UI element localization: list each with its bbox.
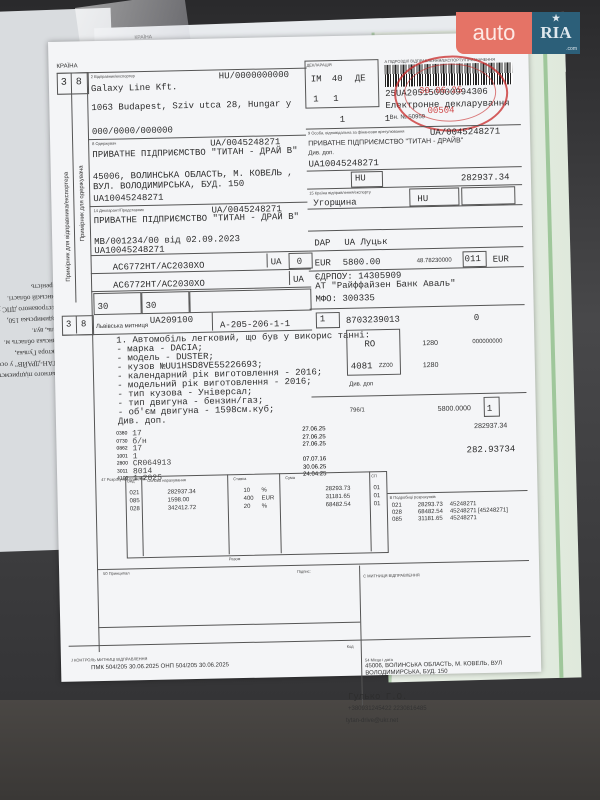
tax-cell: 028 (130, 506, 140, 512)
financial-id: UA10045248271 (309, 158, 379, 169)
tax-cell: 342412.72 (168, 505, 196, 512)
signer-email: tytan-drive@ukr.net (346, 718, 398, 724)
goods-location: А-205-206-1-1 (220, 319, 290, 330)
bank-name: АТ "Райффайзен Банк Аваль" (315, 279, 456, 292)
payment-cell: 45248271 (450, 501, 477, 508)
invoice-amount: 5800.00 (343, 257, 381, 268)
tax-cell: 01 (374, 501, 381, 507)
procedure-subcode: ZZ00 (379, 363, 393, 369)
tax-cell: % (262, 504, 267, 510)
inland-transport-mode: 30 (145, 301, 156, 311)
star-icon: ★ (552, 13, 560, 24)
payment-cell: 028 (392, 510, 402, 516)
tax-cell: 68482.54 (326, 502, 351, 509)
dispatch-code: HU (417, 194, 428, 204)
tax-cell: 10 (243, 488, 250, 494)
tax-header-type: Вид (127, 478, 134, 483)
previous-document: Див. доп (349, 381, 373, 388)
transaction-code: 011 (465, 254, 481, 264)
item-price: 5800.0000 (438, 405, 471, 413)
decl-type-1: ІМ (311, 74, 322, 84)
place-date-label: 54 Місце і дата (365, 657, 393, 663)
exchange-rate: 48.78230000 (417, 258, 452, 265)
bank-mfo: МФО: 300335 (315, 293, 375, 304)
tax-cell: 085 (130, 498, 140, 504)
tax-cell: 31181.65 (326, 494, 351, 501)
signer-name: Гулько Г.О. (348, 692, 407, 702)
country-label: КРАЇНА (56, 63, 77, 69)
green-stripe (542, 28, 563, 678)
tax-total-label: Разом (229, 556, 241, 561)
vertical-label-exporter: Примірник для відправника/експортера (64, 172, 72, 282)
taxes-label: 47 Розрахунок платежів (101, 476, 145, 482)
financial-label: 9 Особа, відповідальна за фінансове врег… (308, 129, 405, 136)
vertical-label-consignee: Примірник для одержувача (79, 165, 87, 241)
autoria-watermark: auto ★ RIA .com (456, 12, 580, 54)
watermark-auto: auto (456, 12, 532, 54)
exporter-label: 2 Відправник/експортер (91, 73, 135, 79)
border-transport-mode: 30 (97, 302, 108, 312)
transaction-currency: EUR (493, 254, 509, 264)
procedure-code: 4081 (351, 361, 373, 371)
origin-country: RO (364, 339, 375, 349)
copy-number-a-2: 3 (66, 320, 72, 330)
preference-code: 000000000 (472, 339, 502, 346)
consignee-label: 8 Одержувач (92, 141, 116, 147)
valuation-method: 1 (487, 404, 493, 414)
tax-header-base: Основа нарахування (147, 477, 186, 483)
signature-label: Підпис: (297, 569, 311, 574)
consignee-id: UA10045248271 (93, 193, 163, 204)
tax-cell: 400 (244, 496, 254, 502)
exporter-id: 000/0000/000000 (92, 125, 173, 137)
item-number: 1 (320, 314, 326, 324)
border-country: UA (293, 275, 304, 285)
spec-count: 1 (333, 94, 339, 104)
stamp-number: 00504 (427, 106, 454, 117)
supplementary-units: 796/1 (350, 407, 365, 413)
declarant-label: 14 Декларант/Представник (93, 207, 143, 213)
net-weight: 1280 (423, 362, 439, 369)
copy-number-a: 3 (61, 78, 67, 89)
principal-label: 50 Принципал (103, 570, 129, 576)
tax-cell: 021 (129, 490, 139, 496)
financial-name: ПРИВАТНЕ ПІДПРИЄМСТВО "ТИТАН - ДРАЙВ" (308, 137, 463, 147)
customs-office-code: UA209100 (150, 315, 193, 326)
tax-header-sp: СП (371, 473, 377, 478)
watermark-suffix: .com (566, 46, 577, 52)
control-label: J КОНТРОЛЬ МИТНИЦІ ВІДПРАВЛЕННЯ (71, 656, 148, 663)
stamp-date: 30.06.25 (419, 85, 462, 96)
tax-header-sum: Сума (285, 475, 295, 480)
watermark-ria: ★ RIA .com (532, 12, 580, 54)
destination-office-label: С МИТНИЦЯ ВІДПРАВЛЕННЯ (363, 572, 419, 578)
control-line: ПМК 504/205 30.06.2025 ОНП 504/205 30.06… (91, 662, 229, 671)
payment-cell: 45248271 (450, 508, 477, 515)
copy-number-b-2: 8 (81, 319, 87, 329)
tax-cell: 01 (373, 485, 380, 491)
statistical-value: 282.93734 (467, 444, 516, 455)
payment-cell: 45248271 (450, 515, 477, 522)
exporter-name: Galaxy Line Kft. (91, 82, 178, 94)
invoice-value: 282937.34 (461, 172, 510, 183)
consignee-address: 45006, ВОЛИНСЬКА ОБЛАСТЬ, М. КОВЕЛЬ , ВУ… (93, 168, 305, 192)
currency: EUR (315, 258, 331, 268)
hs-code: 8703239013 (346, 315, 400, 326)
watermark-ria-text: RIA (540, 23, 571, 43)
doc-date: 27.06.25 (302, 441, 326, 449)
decl-type-3: ДЕ (355, 73, 366, 83)
declaration-label: ДЕКЛАРАЦІЯ (306, 62, 331, 68)
payments-label: В Подробиці розрахунків (390, 494, 436, 500)
payment-cell: 68482.54 (418, 509, 443, 516)
exporter-code: HU/0000000000 (219, 70, 289, 81)
exporter-address: 1063 Budapest, Sziv utca 28, Hungar y (91, 99, 301, 114)
tax-cell: 28293.73 (325, 486, 350, 493)
container-flag: 0 (297, 257, 303, 267)
declarant-name: ПРИВАТНЕ ПІДПРИЄМСТВО "ТИТАН - ДРАЙ В" (94, 212, 306, 226)
code-label: Код (347, 644, 354, 649)
tax-cell: 01 (374, 493, 381, 499)
goods-description: 1. Автомобіль легковий, що був у викорис… (116, 332, 318, 426)
delivery-terms: DAP (314, 238, 330, 248)
customs-office-name: Львівська митниця (96, 323, 148, 330)
consignee-name: ПРИВАТНЕ ПІДПРИЄМСТВО "ТИТАН - ДРАЙ В" (92, 146, 304, 160)
payment-cell: 085 (392, 517, 402, 523)
gross-weight: 1280 (422, 340, 438, 347)
customs-value: 282937.34 (474, 422, 507, 430)
payment-cell: [45248271] (478, 507, 508, 514)
trading-country: HU (355, 173, 366, 183)
tax-cell: 282937.34 (167, 489, 195, 496)
hs-suffix: 0 (474, 313, 480, 323)
signer-phone: +380931245422 2230816485 (348, 706, 427, 712)
payment-cell: 28293.73 (418, 502, 443, 509)
tax-cell: % (261, 488, 266, 494)
financial-note: Див. доп. (308, 150, 334, 157)
payment-cell: 021 (392, 503, 402, 509)
copy-number-b: 8 (76, 77, 82, 88)
forms-count: 1 (313, 94, 319, 104)
dispatch-country-label: 15 Країна відправлення/експорту (309, 189, 371, 195)
decl-type-2: 40 (332, 74, 343, 84)
delivery-place: UA Луцьк (344, 237, 387, 248)
financial-code: UA/0045248271 (430, 127, 500, 138)
tax-cell: 1598.00 (168, 497, 190, 503)
desk-surface (0, 700, 600, 800)
payment-cell: 31181.65 (418, 516, 443, 523)
customs-declaration: КРАЇНА 3 8 Примірник для відправника/екс… (48, 32, 541, 682)
tax-cell: EUR (262, 495, 275, 501)
tax-header-rate: Ставка (233, 476, 246, 481)
goods-total: 1 (340, 115, 346, 125)
tax-cell: 20 (244, 504, 251, 510)
departure-country: UA (271, 257, 282, 267)
